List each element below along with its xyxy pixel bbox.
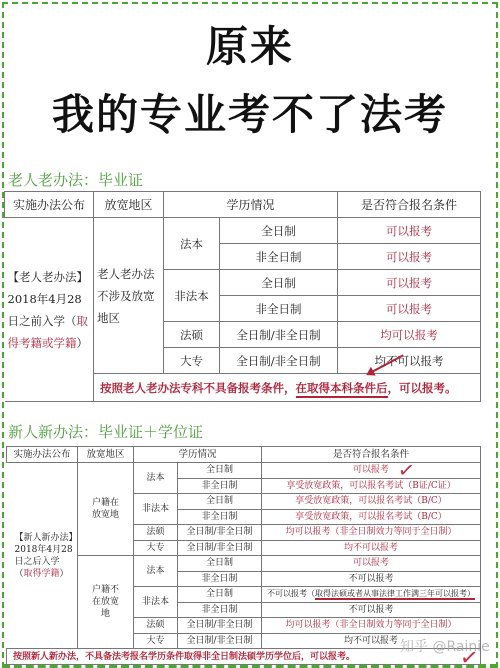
degree-cell: 法硕	[134, 618, 178, 634]
mode-cell: 全日制/非全日制	[178, 633, 262, 649]
mode-cell: 全日制/非全日制	[220, 348, 338, 374]
header-region: 放宽地区	[78, 447, 134, 463]
header-eligibility: 是否符合报名条件	[262, 447, 481, 463]
header-region: 放宽地区	[94, 192, 164, 218]
degree-cell: 法硕	[164, 322, 220, 348]
watermark: 知乎 @Rainie	[400, 636, 490, 656]
result-cell: 享受放宽政策，可以报名考试（B/C）	[262, 509, 481, 525]
result-cell: 可以报考	[338, 218, 481, 244]
mode-cell: 全日制	[178, 587, 262, 603]
old-policy-left-cell: 【老人老办法】2018年4月28日之前入学（取得考籍或学籍）	[5, 218, 94, 402]
old-policy-table: 实施办法公布 放宽地区 学历情况 是否符合报名条件 【老人老办法】2018年4月…	[4, 191, 481, 402]
mode-cell: 全日制/非全日制	[178, 540, 262, 556]
header-education: 学历情况	[164, 192, 338, 218]
old-policy-note: 按照老人老办法专科不具备报考条件，在取得本科条件后，可以报考。	[94, 374, 481, 402]
new-policy-section-title: 新人新办法：毕业证＋学位证	[8, 422, 203, 442]
degree-cell: 非法本	[164, 270, 220, 322]
mode-cell: 全日制	[220, 270, 338, 296]
mode-cell: 全日制	[178, 463, 262, 479]
degree-cell: 非法本	[134, 494, 178, 525]
result-cell: 可以报考	[338, 296, 481, 322]
result-cell: 不可以报考	[262, 602, 481, 618]
mode-cell: 非全日制	[178, 602, 262, 618]
result-cell: 可以报考	[338, 270, 481, 296]
degree-cell: 大专	[134, 540, 178, 556]
mode-cell: 全日制/非全日制	[178, 525, 262, 541]
result-cell: 均不可以报考	[262, 540, 481, 556]
table-row: 户籍不在放宽地 法本 全日制 可以报考	[7, 556, 481, 572]
degree-cell: 非法本	[134, 587, 178, 618]
degree-cell: 法本	[134, 463, 178, 494]
result-cell: 均可以报考（非全日制效力等同于全日制）	[262, 525, 481, 541]
result-cell: 可以报考	[262, 463, 481, 479]
table-header-row: 实施办法公布 放宽地区 学历情况 是否符合报名条件	[5, 192, 481, 218]
header-education: 学历情况	[134, 447, 262, 463]
degree-cell: 法本	[134, 556, 178, 587]
mode-cell: 全日制/非全日制	[178, 618, 262, 634]
table-row: 【老人老办法】2018年4月28日之前入学（取得考籍或学籍） 老人老办法不涉及放…	[5, 218, 481, 244]
result-cell: 可以报考	[262, 556, 481, 572]
header-announce: 实施办法公布	[5, 192, 94, 218]
header-eligibility: 是否符合报名条件	[338, 192, 481, 218]
degree-cell: 法本	[164, 218, 220, 270]
mode-cell: 全日制	[178, 556, 262, 572]
mode-cell: 非全日制	[178, 509, 262, 525]
result-cell: 享受放宽政策，可以报名考试（B/C）	[262, 494, 481, 510]
result-cell: 均可以报考（非全日制效力等同于全日制）	[262, 618, 481, 634]
check-mark-icon: ✓	[396, 457, 416, 483]
degree-cell: 大专	[164, 348, 220, 374]
mode-cell: 非全日制	[220, 296, 338, 322]
old-policy-section-title: 老人老办法：毕业证	[8, 170, 143, 190]
result-cell: 可以报考	[338, 244, 481, 270]
mode-cell: 全日制/非全日制	[220, 322, 338, 348]
result-cell: 不可以报考（取得法硕或者从事法律工作满三年可以报考）	[262, 587, 481, 603]
result-cell: 不可以报考	[262, 571, 481, 587]
new-policy-left-cell: 【新人新办法】2018年4月28日之后入学（取得学籍）	[7, 463, 78, 649]
old-policy-region: 老人老办法不涉及放宽地区	[94, 218, 164, 374]
region-cell: 户籍在放宽地	[78, 463, 134, 556]
result-cell: 均可以报考	[338, 322, 481, 348]
mode-cell: 全日制	[178, 494, 262, 510]
page-title-line1: 原来	[0, 22, 500, 72]
page-title-line2: 我的专业考不了法考	[0, 90, 500, 140]
region-cell: 户籍不在放宽地	[78, 556, 134, 649]
degree-cell: 法硕	[134, 525, 178, 541]
mode-cell: 非全日制	[178, 478, 262, 494]
result-cell: 享受放宽政策，可以报名考试（B证/C证）	[262, 478, 481, 494]
mode-cell: 非全日制	[220, 244, 338, 270]
degree-cell: 大专	[134, 633, 178, 649]
mode-cell: 非全日制	[178, 571, 262, 587]
header-announce: 实施办法公布	[7, 447, 78, 463]
mode-cell: 全日制	[220, 218, 338, 244]
result-cell: 均不可以报考	[338, 348, 481, 374]
